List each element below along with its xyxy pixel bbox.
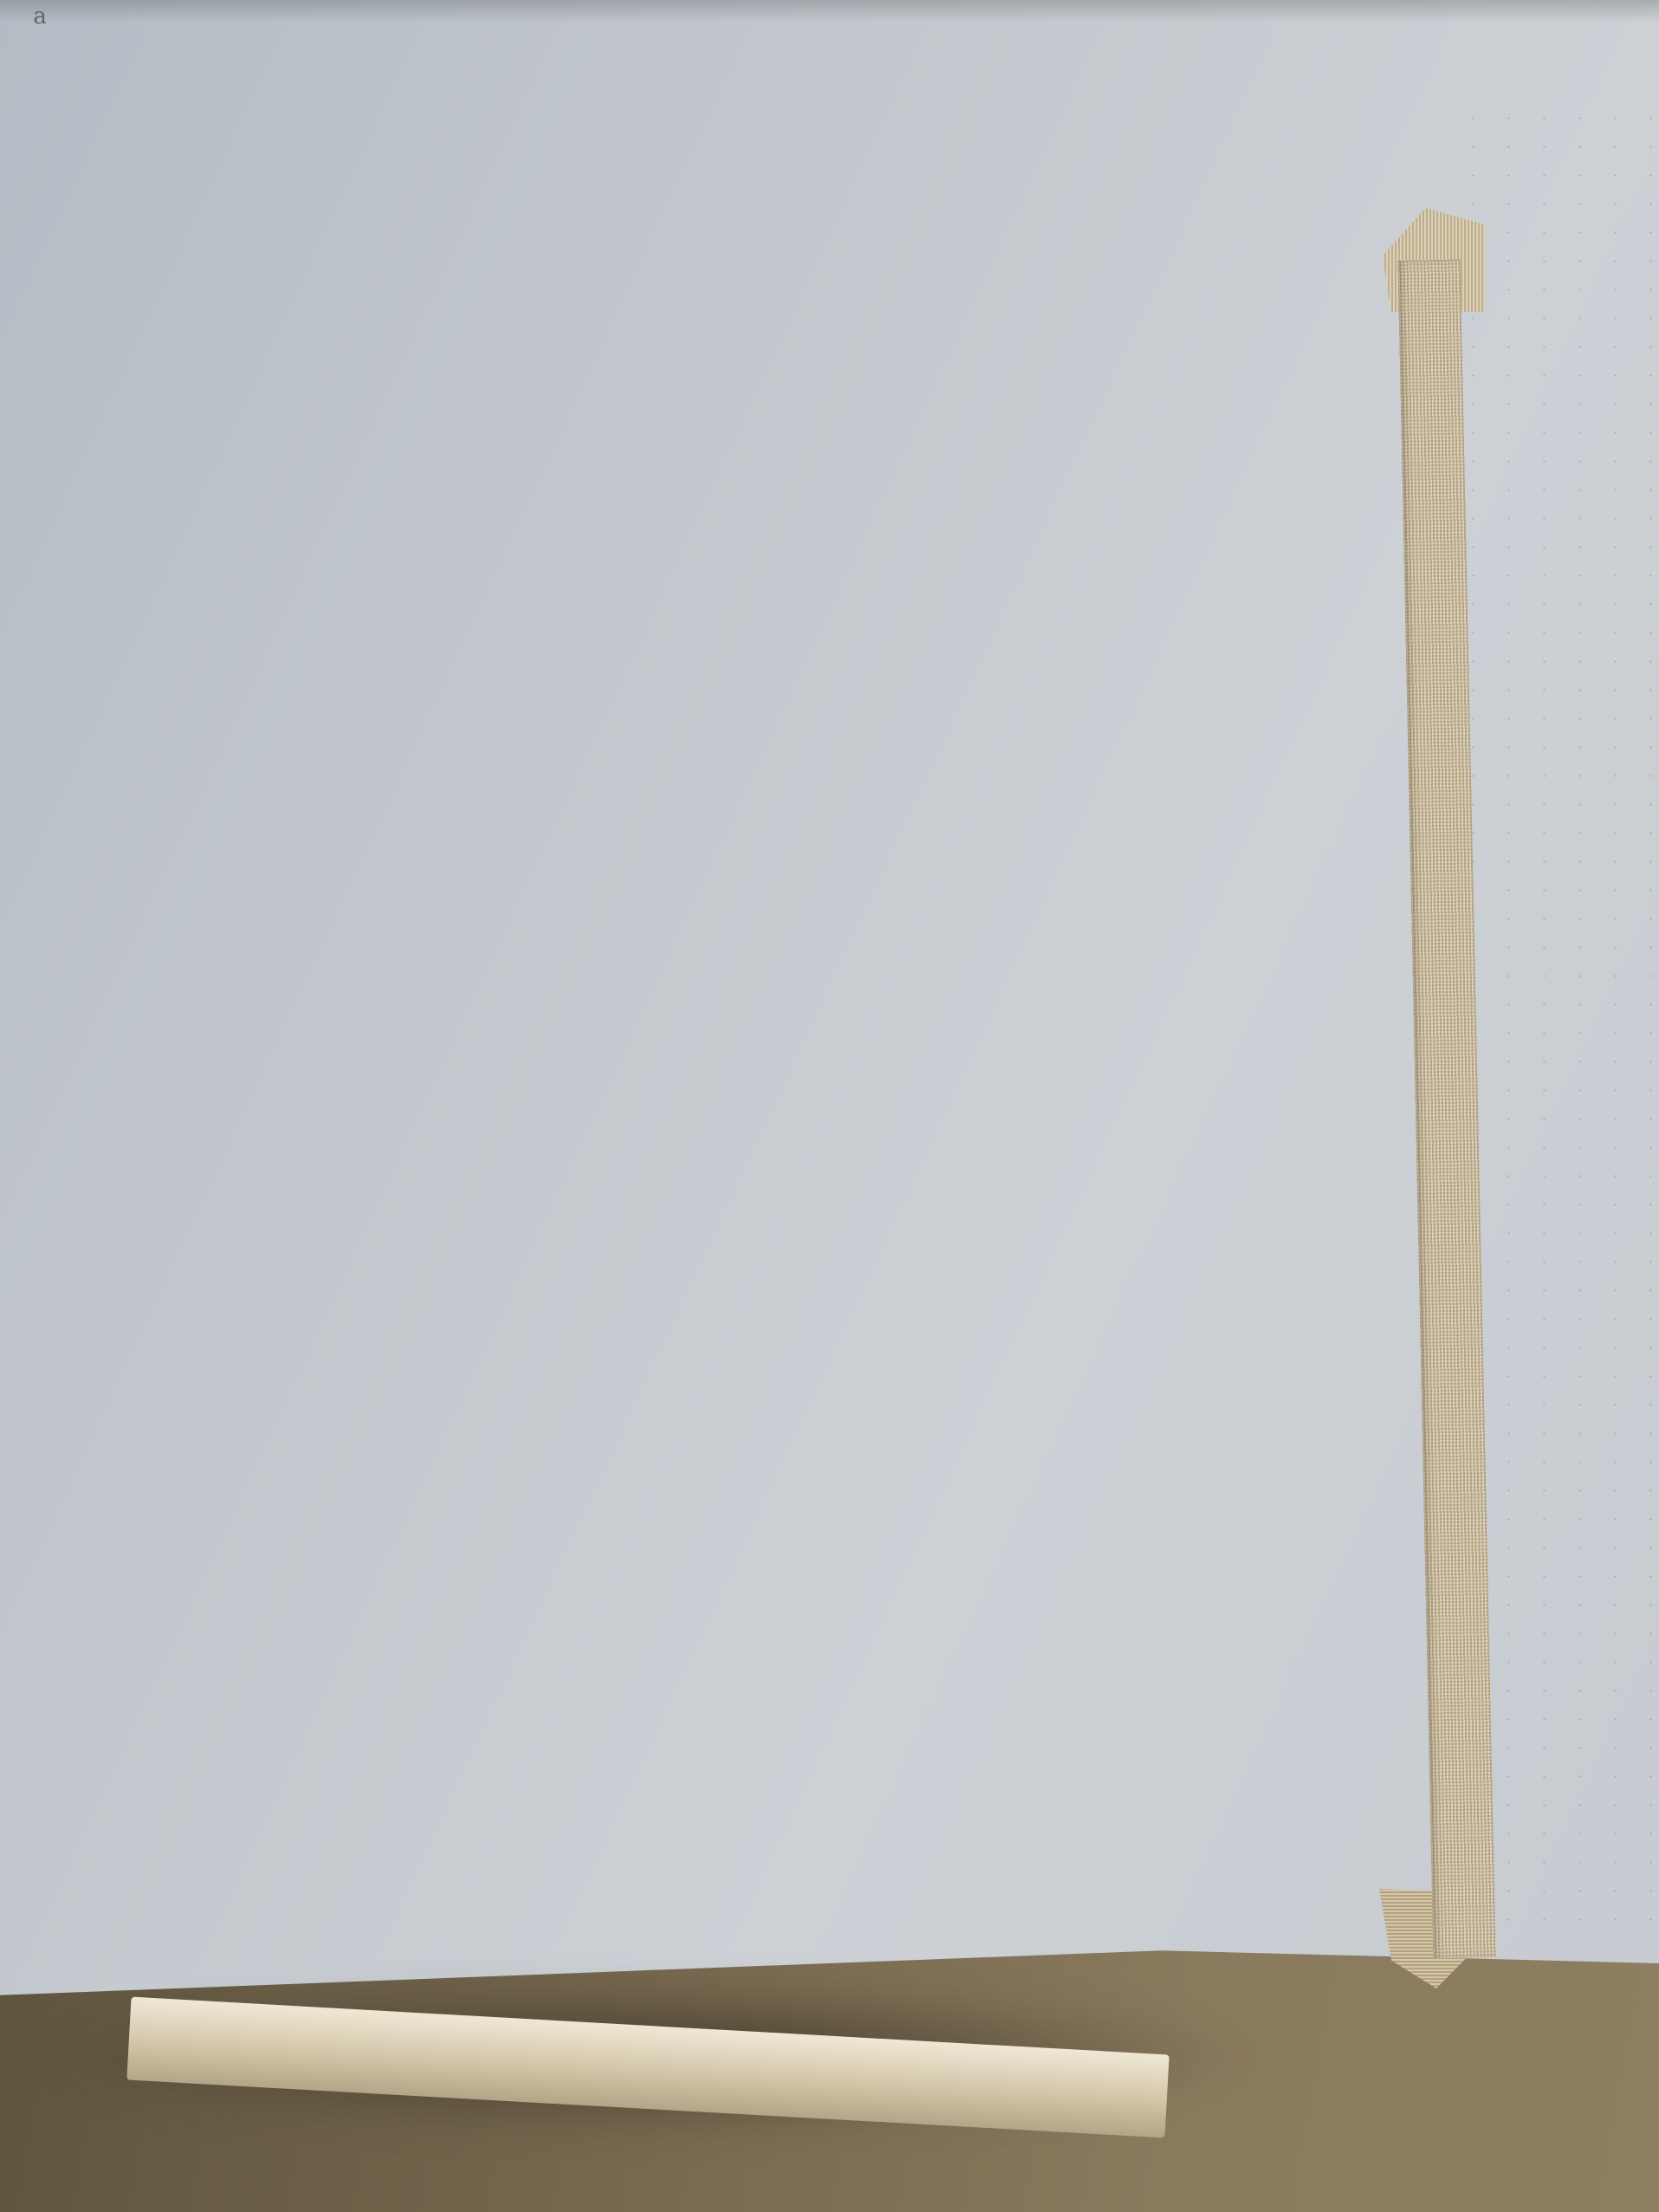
facing-page-edge [0, 113, 120, 2123]
facing-page-text-fragment: a [33, 3, 47, 29]
photograph-of-deed-book: ae a rs ic g. s, ay iged s am Southampto… [0, 0, 1659, 2212]
